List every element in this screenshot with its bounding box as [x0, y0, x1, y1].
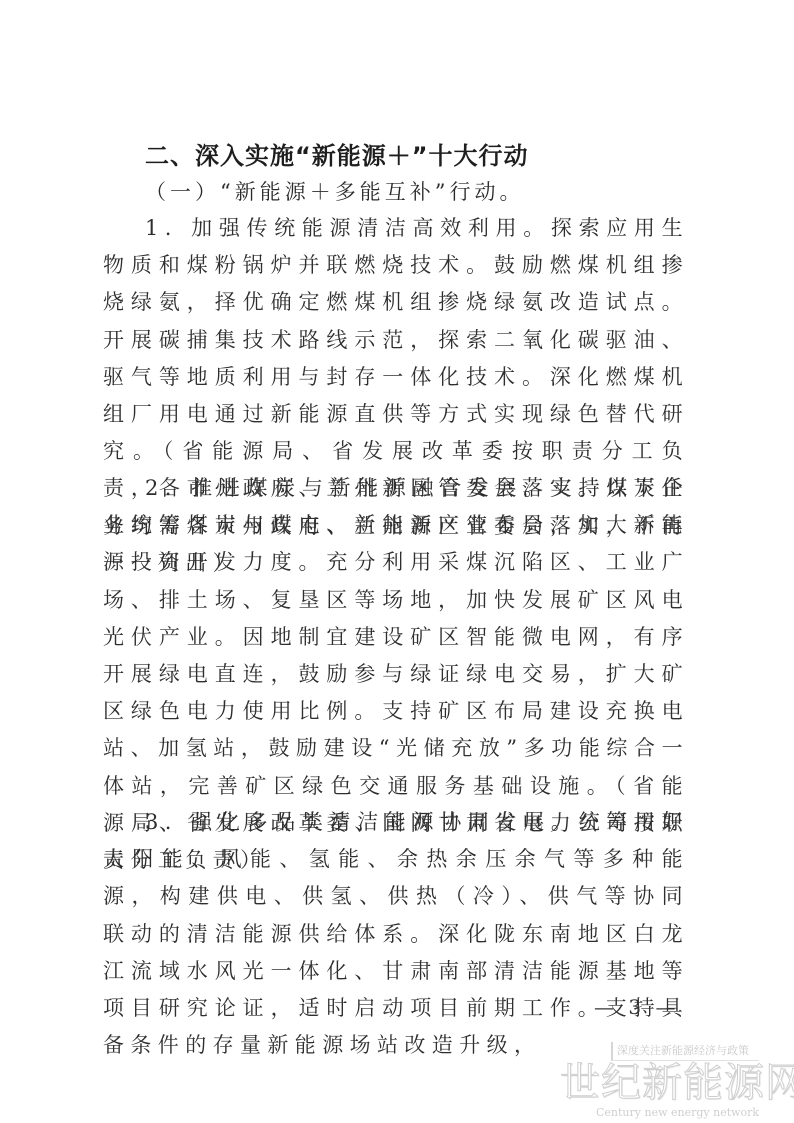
watermark-tagline: 深度关注新能源经济与政策	[611, 1042, 759, 1061]
paragraph-3: 3. 强化多品类清洁能源协同发展。统筹用好太阳能、风能、氢能、余热余压余气等多种…	[103, 804, 689, 1064]
watermark-logo-text: 世纪新能源网	[560, 1060, 794, 1106]
section-heading: 二、深入实施“新能源＋”十大行动	[145, 136, 529, 171]
document-page: 二、深入实施“新能源＋”十大行动 （一）“新能源＋多能互补”行动。 1. 加强传…	[0, 0, 794, 1123]
subsection-heading: （一）“新能源＋多能互补”行动。	[145, 176, 524, 206]
page-number: — 3 —	[594, 995, 679, 1019]
watermark-subtitle: Century new energy network	[596, 1106, 759, 1119]
